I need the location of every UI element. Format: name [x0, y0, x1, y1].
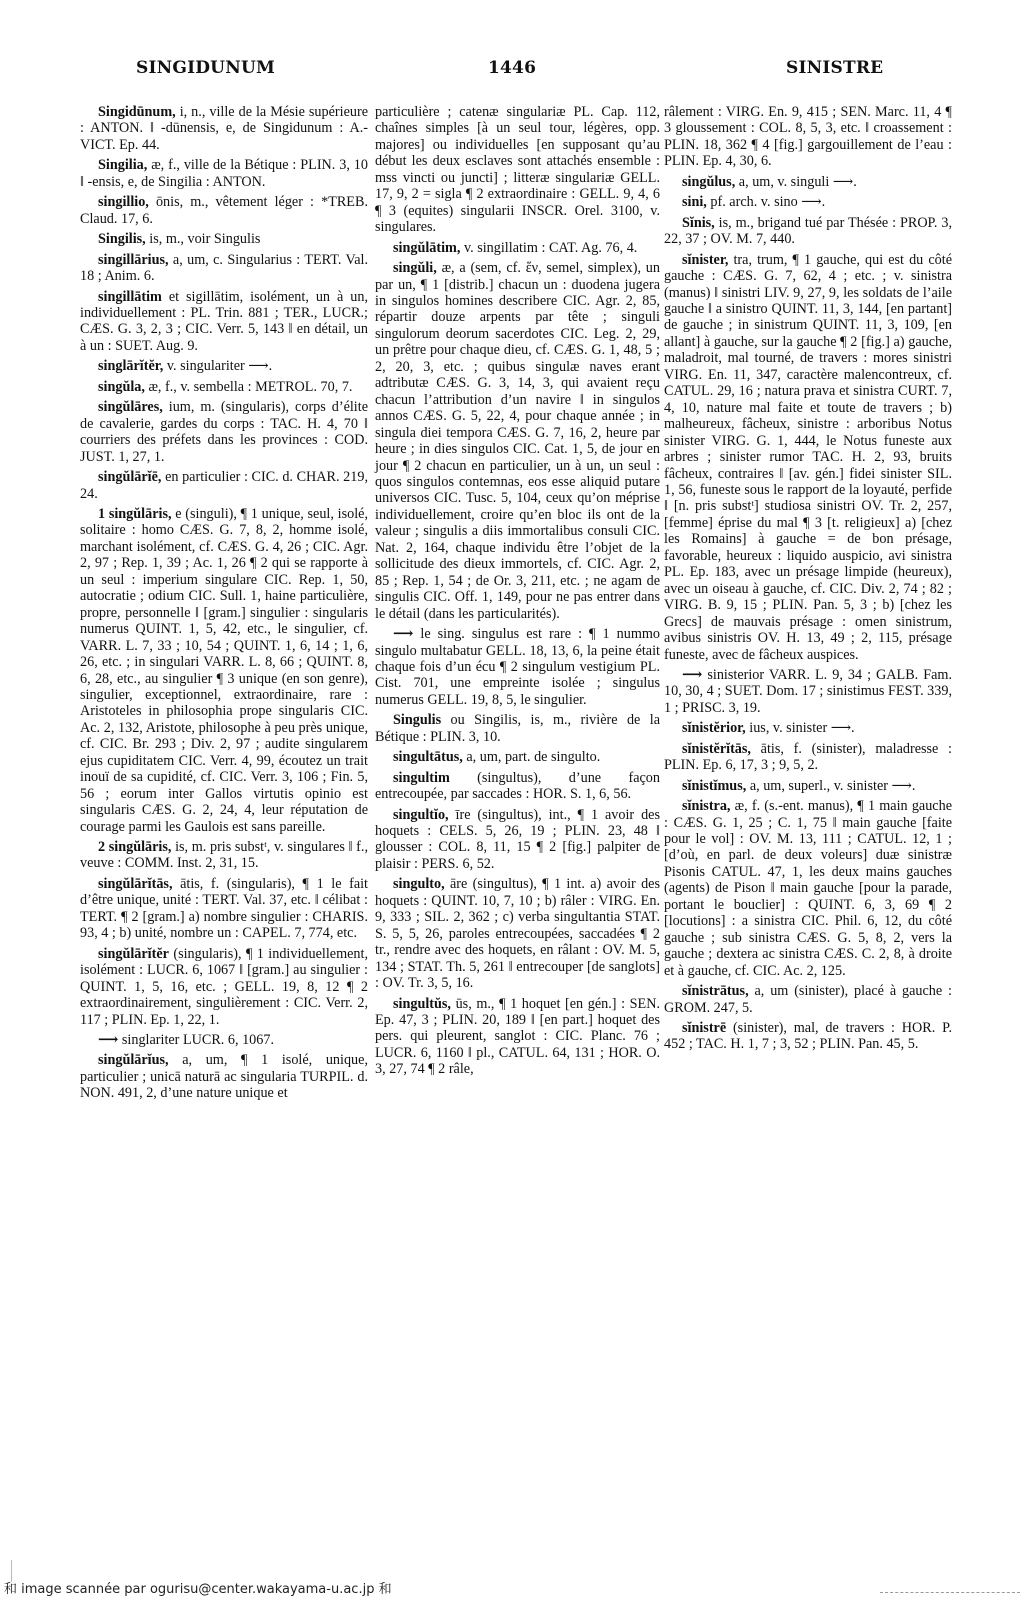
entry-headword: Sĭnis, — [682, 215, 715, 231]
entry-headword: sĭnistrātus, — [682, 983, 749, 999]
entry-headword: singultātus, — [393, 749, 463, 765]
dictionary-entry: singillārius, a, um, c. Singularius : TE… — [80, 252, 368, 285]
entry-definition: pf. arch. v. sino ⟶. — [707, 194, 825, 210]
entry-headword: ⟶ — [393, 626, 413, 642]
dictionary-entry: sĭnistĕrior, ius, v. sinister ⟶. — [664, 720, 952, 736]
entry-headword: sĭnistĭmus, — [682, 778, 746, 794]
column-2: particulière ; catenæ singulariæ PL. Cap… — [375, 104, 660, 1082]
entry-headword: sĭnistra, — [682, 798, 730, 814]
entry-headword: singŭlārĭus, — [98, 1052, 169, 1068]
entry-definition: tra, trum, ¶ 1 gauche, qui est du côté g… — [664, 252, 952, 663]
entry-headword: singultŭs, — [393, 996, 451, 1012]
entry-definition: æ, f. (s.-ent. manus), ¶ 1 main gauche :… — [664, 798, 952, 979]
entry-headword: singultim — [393, 770, 450, 786]
entry-headword: singŭli, — [393, 260, 437, 276]
dictionary-entry: sini, pf. arch. v. sino ⟶. — [664, 194, 952, 210]
entry-headword: 1 singŭlāris, — [98, 506, 172, 522]
dictionary-entry: singŭlārĭtās, ātis, f. (singularis), ¶ 1… — [80, 876, 368, 942]
dictionary-entry: singultim (singultus), d’une façon entre… — [375, 770, 660, 803]
dictionary-entry: Singilis, is, m., voir Singulis — [80, 231, 368, 247]
entry-definition: æ, f., v. sembella : METROL. 70, 7. — [145, 379, 353, 395]
last-headword: SINISTRE — [786, 58, 883, 78]
entry-definition: a, um, part. de singulto. — [463, 749, 601, 765]
entry-definition: a, um, superl., v. sinister ⟶. — [746, 778, 915, 794]
dictionary-entry: sĭnistĭmus, a, um, superl., v. sinister … — [664, 778, 952, 794]
entry-headword: singŭlārĭtĕr — [98, 946, 169, 962]
entry-definition: le sing. singulus est rare : ¶ 1 nummo s… — [375, 626, 660, 708]
entry-headword: singulto, — [393, 876, 445, 892]
dictionary-entry: Singidūnum, i, n., ville de la Mésie sup… — [80, 104, 368, 153]
dictionary-entry: ⟶ le sing. singulus est rare : ¶ 1 nummo… — [375, 626, 660, 708]
entry-headword: sĭnistĕrĭtās, — [682, 741, 751, 757]
entry-headword: singultĭo, — [393, 807, 449, 823]
entry-definition: râlement : VIRG. En. 9, 415 ; SEN. Marc.… — [664, 104, 952, 169]
entry-headword: singillio, — [98, 194, 149, 210]
entry-definition: v. singulariter ⟶. — [163, 358, 272, 374]
column-1: Singidūnum, i, n., ville de la Mésie sup… — [80, 104, 368, 1106]
entry-headword: Singilia, — [98, 157, 147, 173]
entry-headword: singŭlāres, — [98, 399, 163, 415]
dictionary-entry: singultĭo, īre (singultus), int., ¶ 1 av… — [375, 807, 660, 873]
entry-headword: Singilis, — [98, 231, 146, 247]
page-number: 1446 — [488, 58, 536, 78]
entry-definition: v. singillatim : CAT. Ag. 76, 4. — [460, 240, 637, 256]
dictionary-entry: 1 singŭlāris, e (singuli), ¶ 1 unique, s… — [80, 506, 368, 835]
entry-headword: singŭla, — [98, 379, 145, 395]
dictionary-entry: sĭnistrē (sinister), mal, de travers : H… — [664, 1020, 952, 1053]
entry-headword: sĭnistrē — [682, 1020, 726, 1036]
entry-definition: singlariter LUCR. 6, 1067. — [118, 1032, 274, 1048]
page-edge-rule — [880, 1592, 1020, 1593]
entry-definition: particulière ; catenæ singulariæ PL. Cap… — [375, 104, 660, 235]
dictionary-entry: singŭlārĭus, a, um, ¶ 1 isolé, unique, p… — [80, 1052, 368, 1101]
entry-headword: singŭlārĭtās, — [98, 876, 173, 892]
column-3: râlement : VIRG. En. 9, 415 ; SEN. Marc.… — [664, 104, 952, 1057]
dictionary-entry: singŭli, æ, a (sem, cf. ἕν, semel, simpl… — [375, 260, 660, 622]
entry-definition: āre (singultus), ¶ 1 int. a) avoir des h… — [375, 876, 660, 991]
dictionary-entry: singŭlārĭē, en particulier : CIC. d. CHA… — [80, 469, 368, 502]
entry-definition: a, um, v. singuli ⟶. — [735, 174, 857, 190]
entry-headword: ⟶ — [682, 667, 702, 683]
dictionary-entry: singultŭs, ūs, m., ¶ 1 hoquet [en gén.] … — [375, 996, 660, 1078]
dictionary-entry: singŭlāres, ium, m. (singularis), corps … — [80, 399, 368, 465]
dictionary-entry: singulto, āre (singultus), ¶ 1 int. a) a… — [375, 876, 660, 991]
dictionary-entry: sĭnistra, æ, f. (s.-ent. manus), ¶ 1 mai… — [664, 798, 952, 979]
entry-headword: Singulis — [393, 712, 441, 728]
dictionary-entry: singŭlātim, v. singillatim : CAT. Ag. 76… — [375, 240, 660, 256]
entry-headword: singŭlus, — [682, 174, 735, 190]
dictionary-entry: singillio, ōnis, m., vêtement léger : *T… — [80, 194, 368, 227]
dictionary-entry: singultātus, a, um, part. de singulto. — [375, 749, 660, 765]
entry-headword: singillārius, — [98, 252, 169, 268]
running-head: SINGIDUNUM 1446 SINISTRE — [0, 58, 1024, 88]
dictionary-entry: singillātim et sigillātim, isolément, un… — [80, 289, 368, 355]
scan-credit: 和 image scannée par ogurisu@center.wakay… — [4, 1578, 392, 1597]
dictionary-entry: singŭlārĭtĕr (singularis), ¶ 1 individue… — [80, 946, 368, 1028]
dictionary-entry: râlement : VIRG. En. 9, 415 ; SEN. Marc.… — [664, 104, 952, 170]
dictionary-entry: sĭnistrātus, a, um (sinister), placé à g… — [664, 983, 952, 1016]
entry-definition: sinisterior VARR. L. 9, 34 ; GALB. Fam. … — [664, 667, 952, 716]
first-headword: SINGIDUNUM — [136, 58, 275, 78]
dictionary-entry: Singulis ou Singilis, is, m., rivière de… — [375, 712, 660, 745]
entry-headword: singŭlātim, — [393, 240, 460, 256]
entry-headword: sini, — [682, 194, 707, 210]
entry-headword: Singidūnum, — [98, 104, 176, 120]
entry-headword: singillātim — [98, 289, 162, 305]
dictionary-entry: singŭla, æ, f., v. sembella : METROL. 70… — [80, 379, 368, 395]
dictionary-entry: sĭnistĕrĭtās, ātis, f. (sinister), malad… — [664, 741, 952, 774]
dictionary-entry: particulière ; catenæ singulariæ PL. Cap… — [375, 104, 660, 236]
entry-headword: singŭlārĭē, — [98, 469, 161, 485]
dictionary-entry: ⟶ singlariter LUCR. 6, 1067. — [80, 1032, 368, 1048]
entry-headword: sĭnistĕrior, — [682, 720, 746, 736]
dictionary-entry: Singilia, æ, f., ville de la Bétique : P… — [80, 157, 368, 190]
dictionary-entry: singlārĭtĕr, v. singulariter ⟶. — [80, 358, 368, 374]
dictionary-entry: 2 singŭlāris, is, m. pris substᵗ, v. sin… — [80, 839, 368, 872]
entry-headword: 2 singŭlāris, — [98, 839, 171, 855]
entry-headword: singlārĭtĕr, — [98, 358, 163, 374]
entry-headword: sĭnister, — [682, 252, 728, 268]
dictionary-entry: singŭlus, a, um, v. singuli ⟶. — [664, 174, 952, 190]
entry-definition: is, m., voir Singulis — [146, 231, 261, 247]
entry-definition: ius, v. sinister ⟶. — [746, 720, 855, 736]
entry-definition: e (singuli), ¶ 1 unique, seul, isolé, so… — [80, 506, 368, 835]
entry-definition: æ, a (sem, cf. ἕν, semel, simplex), un p… — [375, 260, 660, 622]
dictionary-entry: ⟶ sinisterior VARR. L. 9, 34 ; GALB. Fam… — [664, 667, 952, 716]
dictionary-entry: sĭnister, tra, trum, ¶ 1 gauche, qui est… — [664, 252, 952, 663]
entry-headword: ⟶ — [98, 1032, 118, 1048]
dictionary-entry: Sĭnis, is, m., brigand tué par Thésée : … — [664, 215, 952, 248]
